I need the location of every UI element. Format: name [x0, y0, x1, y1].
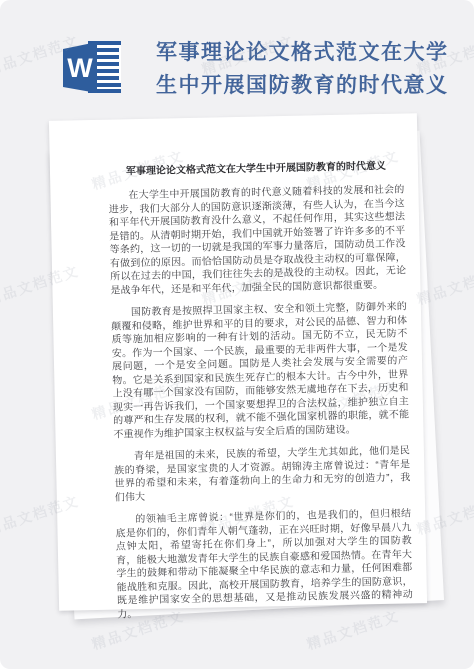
paragraph-4: 的领袖毛主席曾说：“世界是你们的，也是我们的，但归根结底是你们的，你们青年人朝气… [115, 507, 413, 621]
banner-title: 军事理论论文格式范文在大学 生中开展国防教育的时代意义 [156, 36, 456, 102]
svg-text:W: W [67, 53, 93, 83]
banner: W 军事理论论文格式范文在大学 生中开展国防教育的时代意义 [0, 0, 474, 130]
document-page: 军事理论论文格式范文在大学生中开展国防教育的时代意义 在大学生中开展国防教育的时… [49, 113, 427, 611]
paragraph-3: 青年是祖国的未来，民族的希望，大学生尤其如此，他们是民族的脊梁，是国家宝贵的人才… [114, 444, 411, 504]
document-title: 军事理论论文格式范文在大学生中开展国防教育的时代意义 [108, 159, 404, 179]
banner-title-line1: 军事理论论文格式范文在大学 [156, 36, 456, 69]
paragraph-2: 国防教育是按照捍卫国家主权、安全和领土完整，防御外来的颠覆和侵略，维护世界和平的… [111, 300, 410, 441]
word-document-icon: W [61, 39, 123, 96]
document-preview-card: W 军事理论论文格式范文在大学 生中开展国防教育的时代意义 军事理论论文格式范文… [0, 0, 474, 669]
document-body: 在大学生中开展国防教育的时代意义随着科技的发展和社会的进步，我们大部分人的国防意… [108, 183, 413, 621]
paragraph-1: 在大学生中开展国防教育的时代意义随着科技的发展和社会的进步，我们大部分人的国防意… [108, 183, 406, 297]
banner-title-line2: 生中开展国防教育的时代意义 [156, 69, 456, 102]
